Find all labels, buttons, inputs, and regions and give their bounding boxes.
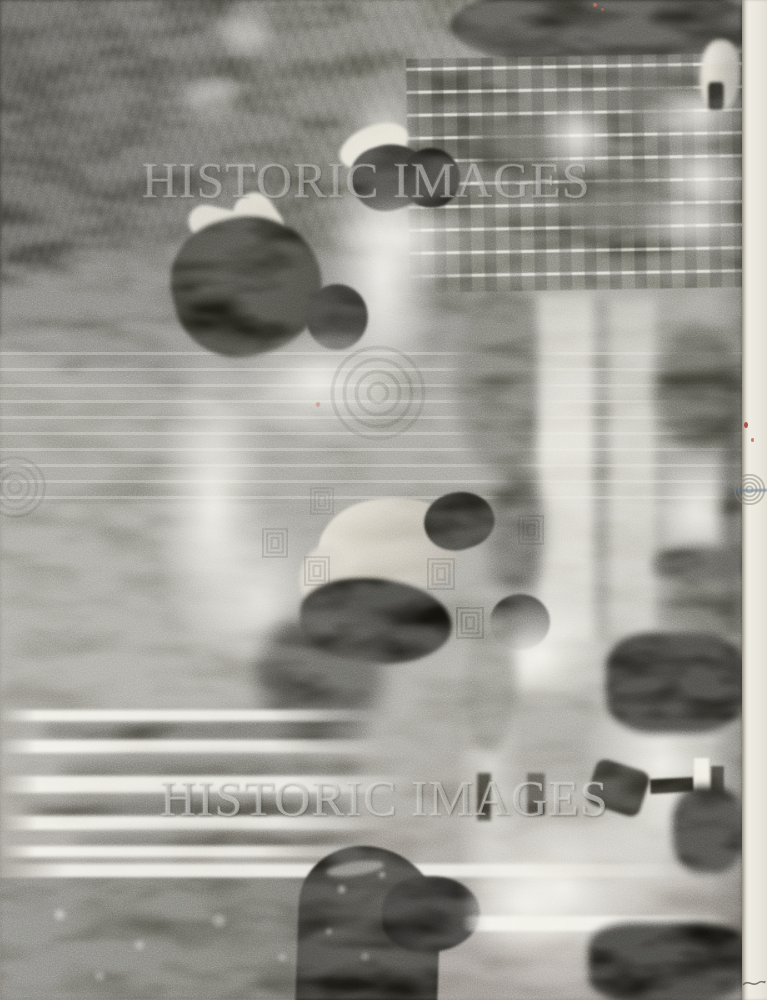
dark-column <box>486 468 544 596</box>
mottled-spray <box>455 285 550 475</box>
water-highlight <box>186 80 238 116</box>
distant-post-dark <box>527 773 545 815</box>
splash-under-child <box>225 325 410 440</box>
distant-post-dark <box>477 773 491 821</box>
red-ink-speck <box>593 3 597 7</box>
splash-under-boy <box>335 195 470 280</box>
blue-ink-line <box>732 489 767 493</box>
water-column <box>610 300 655 635</box>
red-ink-speck <box>601 8 604 11</box>
fountain-photograph: HISTORIC IMAGES HISTORIC IMAGES <box>0 0 742 1000</box>
edge-dark-patch <box>722 380 742 640</box>
rippled-water-bottom-left <box>0 878 332 1000</box>
jet-streak <box>0 740 396 753</box>
photo-paper-border <box>742 0 767 1000</box>
red-ink-speck <box>316 402 320 407</box>
water-highlight <box>222 16 270 50</box>
red-ink-dot <box>744 422 748 428</box>
gray-column <box>462 612 517 752</box>
jet-streak <box>0 776 430 793</box>
spray-foam <box>540 100 615 175</box>
scanned-press-photo: HISTORIC IMAGES HISTORIC IMAGES <box>0 0 767 1000</box>
jet-streak <box>0 710 400 721</box>
water-column <box>538 295 593 640</box>
jet-streak <box>0 816 405 830</box>
red-ink-dot <box>751 438 754 442</box>
